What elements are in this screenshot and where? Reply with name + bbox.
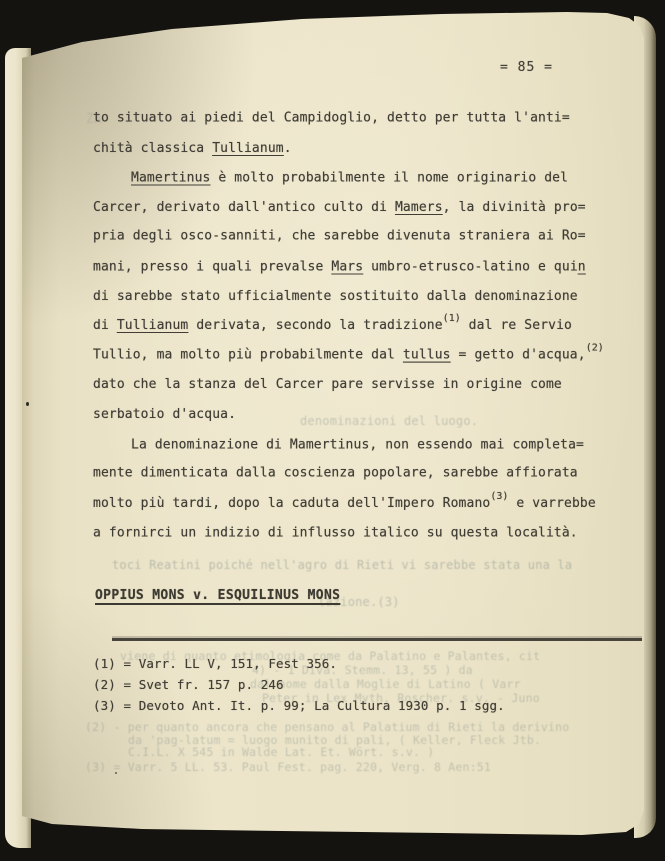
ghost-text-line: da 'pag-latum = luogo munito di pali, ( … [128, 733, 541, 747]
body-text: to situato ai piedi del Campidoglio, det… [93, 104, 598, 548]
footnote-marker: (3) [490, 491, 508, 502]
body-line: di sarebbe stato ufficialmente sostituit… [93, 282, 598, 312]
manuscript-page: = 85 = ZAdenominazioni del luogo.toci Re… [22, 12, 644, 839]
footnote-line: (1) = Varr. LL V, 151, Fest 356. [93, 653, 613, 674]
footnote-marker: (1) [443, 313, 461, 324]
body-line: Carcer, derivato dall'antico culto di Ma… [93, 193, 598, 223]
body-line: to situato ai piedi del Campidoglio, det… [93, 104, 598, 134]
scanned-typewritten-page-photo: = 85 = ZAdenominazioni del luogo.toci Re… [0, 0, 665, 861]
ghost-text-line: (3) = Varr. 5 LL. 53. Paul Fest. pag. 22… [85, 760, 491, 774]
body-line: chità classica Tullianum. [93, 134, 598, 164]
body-line: molto più tardi, dopo la caduta dell'Imp… [93, 489, 598, 519]
footnotes: (1) = Varr. LL V, 151, Fest 356.(2) = Sv… [93, 653, 613, 716]
body-line: di Tullianum derivata, secondo la tradiz… [93, 311, 598, 341]
page-number: = 85 = [500, 60, 553, 75]
footnote-line: (3) = Devoto Ant. It. p. 99; La Cultura … [93, 695, 613, 716]
body-line: pria degli osco-sanniti, che sarebbe div… [93, 222, 598, 252]
ghost-text-line: (2) - per quanto ancora che pensano al P… [85, 720, 569, 734]
body-line: a fornirci un indizio di influsso italic… [93, 519, 598, 549]
ink-speck [115, 772, 117, 774]
ghost-text-line: toci Reatini poiché nell'agro di Rieti v… [112, 558, 572, 572]
body-line: Mamertinus è molto probabilmente il nome… [93, 164, 598, 194]
body-line: mani, presso i quali prevalse Mars umbro… [93, 252, 598, 282]
body-line: serbatoio d'acqua. [93, 400, 598, 430]
body-line: mente dimenticata dalla coscienza popola… [93, 459, 598, 489]
footnote-line: (2) = Svet fr. 157 p. 246 [93, 674, 613, 695]
section-heading: OPPIUS MONS v. ESQUILINUS MONS [95, 588, 340, 603]
footnote-separator-line [112, 638, 642, 641]
ink-speck [26, 402, 29, 406]
body-line: La denominazione di Mamertinus, non esse… [93, 430, 598, 460]
ghost-text-line: C.I.L. X 545 in Walde Lat. Et. Wört. s.v… [128, 745, 434, 759]
footnote-marker: (2) [586, 342, 604, 353]
body-line: Tullio, ma molto più probabilmente dal t… [93, 340, 598, 370]
body-line: dato che la stanza del Carcer pare servi… [93, 370, 598, 400]
